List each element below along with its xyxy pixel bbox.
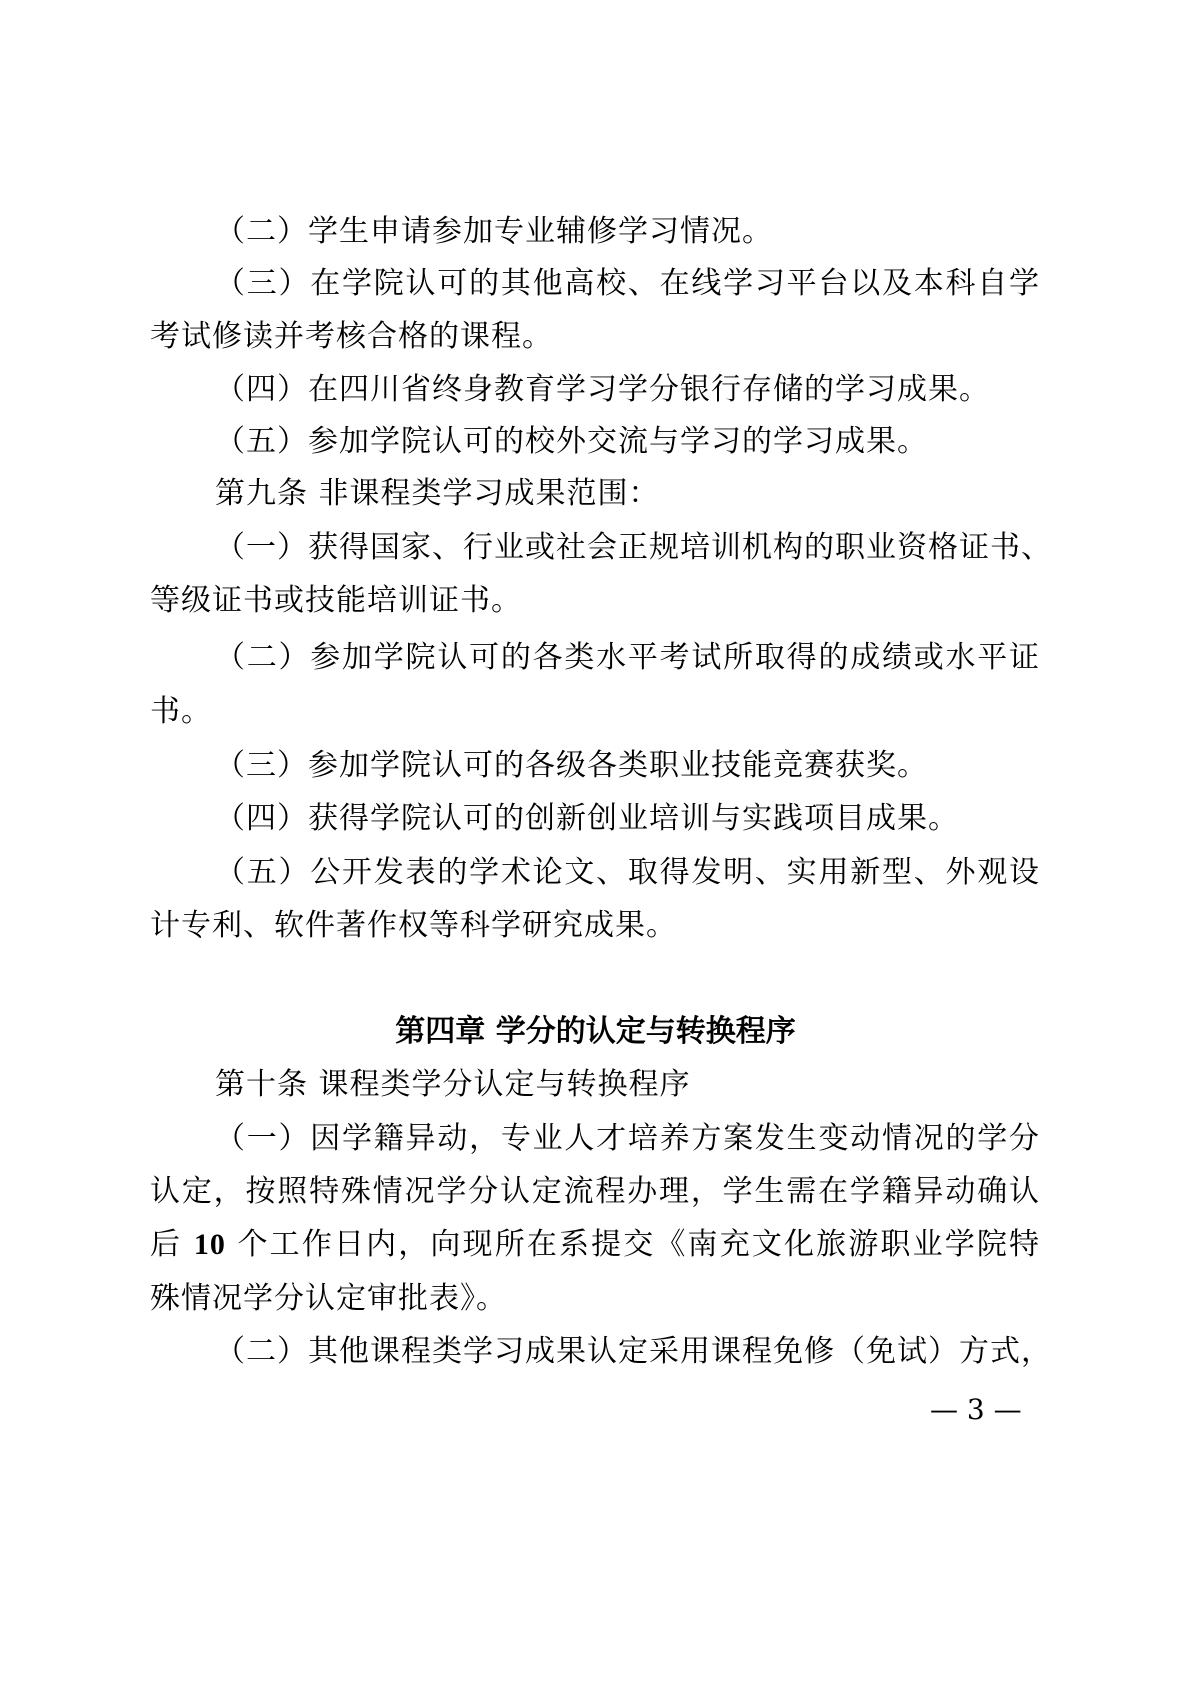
paragraph-art9-item-1-line1: （一）获得国家、行业或社会正规培训机构的职业资格证书、 (215, 528, 1040, 568)
paragraph-art9-item-4: （四）获得学院认可的创新创业培训与实践项目成果。 (215, 799, 1115, 839)
paragraph-art9-item-5-line2: 计专利、软件著作权等科学研究成果。 (150, 906, 1050, 946)
paragraph-item-3-other-courses-line1: （三）在学院认可的其他高校、在线学习平台以及本科自学 (215, 264, 1040, 304)
article-10-title: 第十条 课程类学分认定与转换程序 (215, 1065, 1115, 1105)
article-9-title: 第九条 非课程类学习成果范围： (215, 474, 1115, 514)
document-page: （二）学生申请参加专业辅修学习情况。 （三）在学院认可的其他高校、在线学习平台以… (0, 0, 1191, 1684)
chapter-4-heading: 第四章 学分的认定与转换程序 (0, 1012, 1191, 1052)
paragraph-item-3-other-courses-line2: 考试修读并考核合格的课程。 (150, 317, 1050, 357)
paragraph-item-5-exchange: （五）参加学院认可的校外交流与学习的学习成果。 (215, 422, 1115, 462)
paragraph-item-2-minor-study: （二）学生申请参加专业辅修学习情况。 (215, 212, 1115, 252)
paragraph-art9-item-2-line2: 书。 (150, 692, 1050, 732)
line-suffix: 个工作日内，向现所在系提交《南充文化旅游职业学院特 (238, 1227, 1040, 1262)
line-prefix: 后 (150, 1227, 182, 1262)
paragraph-item-4-credit-bank: （四）在四川省终身教育学习学分银行存储的学习成果。 (215, 370, 1115, 410)
page-number: — 3 — (930, 1392, 1022, 1428)
paragraph-art10-item-1-line1: （一）因学籍异动，专业人才培养方案发生变动情况的学分 (215, 1119, 1040, 1159)
paragraph-art9-item-3: （三）参加学院认可的各级各类职业技能竞赛获奖。 (215, 746, 1115, 786)
paragraph-art10-item-1-line3: 后 10 个工作日内，向现所在系提交《南充文化旅游职业学院特 (150, 1225, 1040, 1265)
paragraph-art9-item-5-line1: （五）公开发表的学术论文、取得发明、实用新型、外观设 (215, 853, 1040, 893)
paragraph-art10-item-1-line2: 认定，按照特殊情况学分认定流程办理，学生需在学籍异动确认 (150, 1172, 1040, 1212)
paragraph-art9-item-2-line1: （二）参加学院认可的各类水平考试所取得的成绩或水平证 (215, 638, 1040, 678)
working-days-number: 10 (194, 1228, 226, 1261)
paragraph-art9-item-1-line2: 等级证书或技能培训证书。 (150, 581, 1050, 621)
paragraph-art10-item-2-line1: （二）其他课程类学习成果认定采用课程免修（免试）方式， (215, 1332, 1040, 1372)
paragraph-art10-item-1-line4: 殊情况学分认定审批表》。 (150, 1279, 1050, 1319)
